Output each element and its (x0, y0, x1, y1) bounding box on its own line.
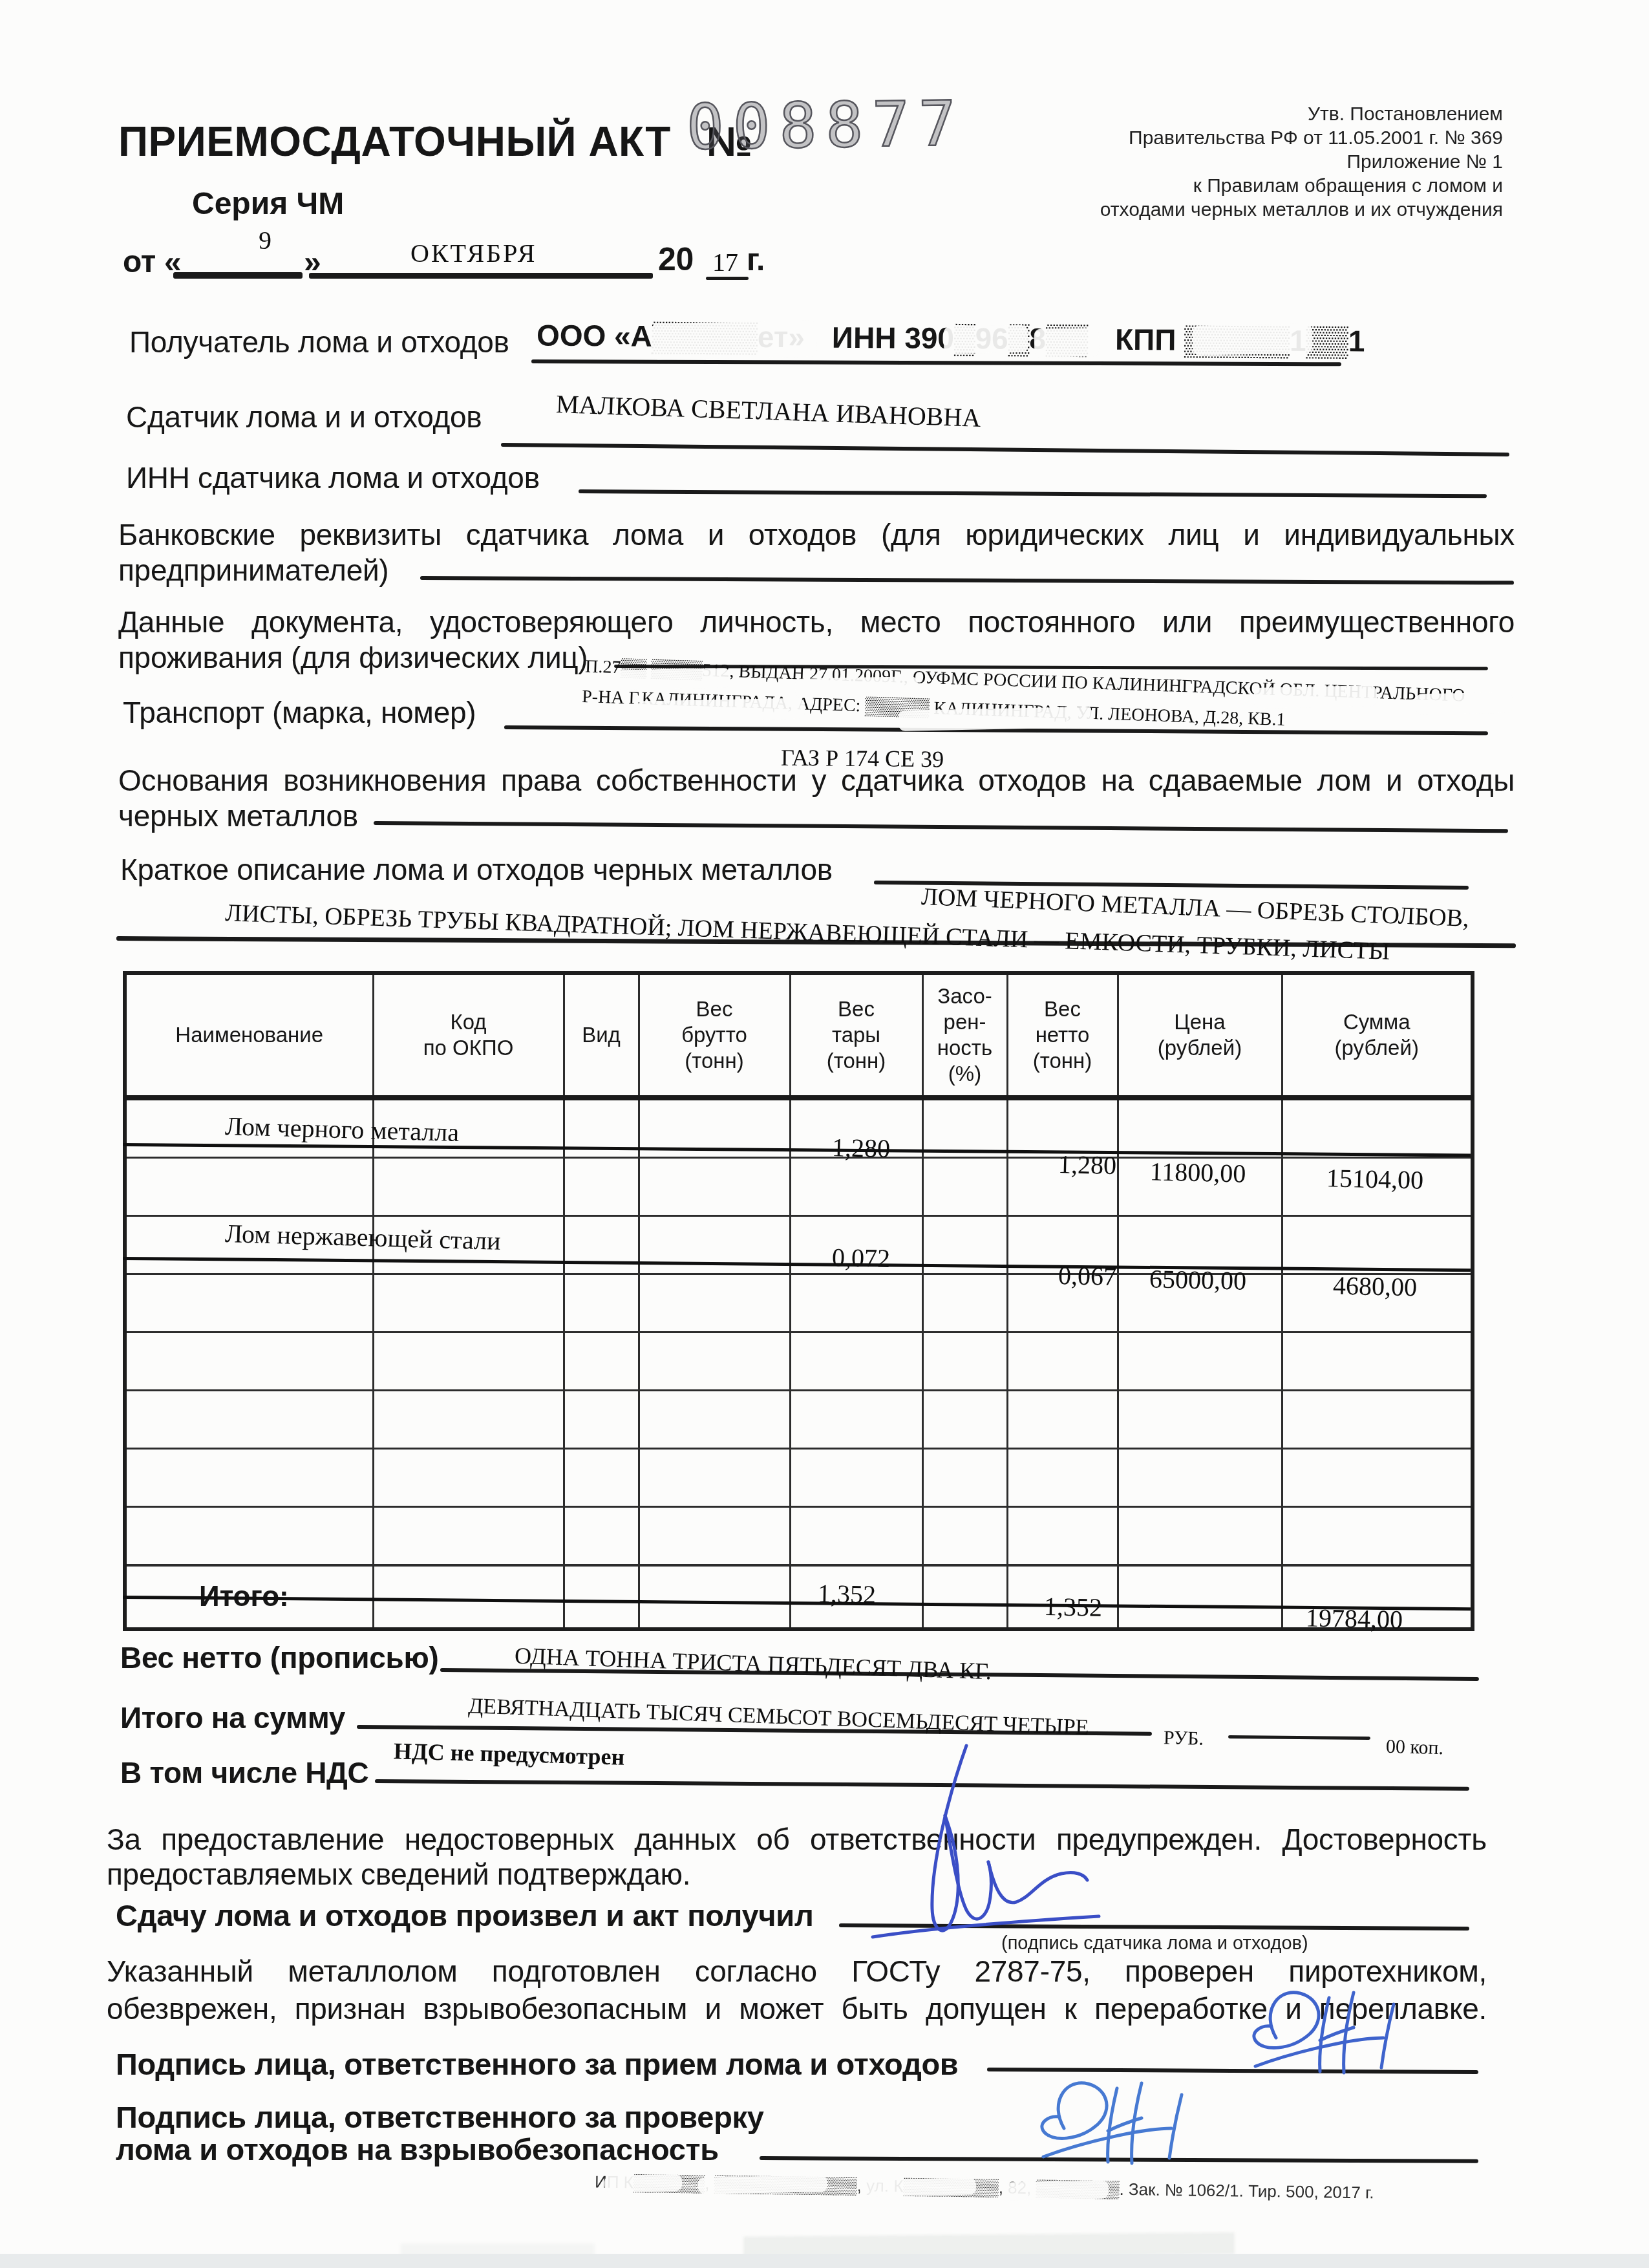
redaction-whiteout (698, 2175, 827, 2194)
redaction-whiteout (795, 676, 919, 698)
table-empty-cell (922, 1158, 1007, 1216)
table-empty-cell (639, 1391, 790, 1449)
col-header-net: Вес нетто (тонн) (1007, 973, 1118, 1098)
table-empty-cell (125, 1274, 373, 1332)
date-year-printed: 20 (658, 241, 694, 278)
fill-line (173, 272, 303, 279)
table-empty-cell (1118, 1507, 1282, 1566)
kopeks-value: 00 коп. (1386, 1736, 1444, 1759)
fill-line (579, 489, 1487, 498)
redaction-whiteout (614, 668, 731, 689)
table-header-row: Наименование Код по ОКПО Вид Вес брутто … (125, 973, 1473, 1098)
col-header-kind: Вид (564, 973, 639, 1098)
table-empty-cell (1282, 1391, 1473, 1449)
table-empty-cell (639, 1332, 790, 1391)
table-empty-cell (125, 1158, 373, 1216)
table-empty-cell (790, 1332, 922, 1391)
redaction-whiteout (1254, 685, 1378, 709)
total-sum-words-label: Итого на сумму (120, 1700, 345, 1735)
table-empty-cell (373, 1507, 564, 1566)
table-empty-cell (922, 1391, 1007, 1449)
date-prefix: от « (123, 244, 181, 280)
fill-line (309, 273, 653, 279)
supplier-label: Сдатчик лома и и отходов (126, 400, 482, 434)
series-label: Серия ЧМ (192, 186, 344, 222)
table-empty-cell (564, 1274, 639, 1332)
receiver-label: Получатель лома и отходов (129, 325, 509, 359)
vat-label: В том числе НДС (120, 1755, 368, 1790)
table-empty-cell (564, 1449, 639, 1507)
transport-value: ГАЗ Р 174 СЕ 39 (781, 744, 944, 773)
table-empty-cell (564, 1332, 639, 1391)
fill-line (1228, 1735, 1370, 1740)
transport-label: Транспорт (марка, номер) (123, 695, 476, 730)
total-tare-value: 1,352 (802, 1578, 893, 1610)
col-header-sum: Сумма (рублей) (1282, 973, 1473, 1098)
fill-line (501, 443, 1509, 456)
table-empty-cell (639, 1507, 790, 1566)
redaction-whiteout (944, 325, 1028, 354)
handover-label: Сдачу лома и отходов произвел и акт полу… (116, 1898, 813, 1933)
scan-edge-strip (0, 2254, 1649, 2268)
supplier-name-value: МАЛКОВА СВЕТЛАНА ИВАНОВНА (555, 389, 981, 433)
fill-line (374, 821, 1508, 833)
date-year-suffix: г. (747, 242, 765, 278)
table-empty-cell (564, 1158, 639, 1216)
identity-line2: проживания (для физических лиц) (118, 640, 588, 675)
table-empty-cell (564, 1391, 639, 1449)
table-empty-cell (639, 1274, 790, 1332)
table-empty-cell (922, 1098, 1007, 1158)
sign-check-label-line1: Подпись лица, ответственного за проверку (116, 2099, 764, 2135)
col-header-tare: Вес тары (тонн) (790, 973, 922, 1098)
checker-signature (988, 2066, 1201, 2202)
table-empty-cell (922, 1449, 1007, 1507)
table-empty-cell (1282, 1507, 1473, 1566)
col-header-contamination: Засо- рен- ность (%) (922, 973, 1007, 1098)
table-empty-cell (1282, 1449, 1473, 1507)
date-day-value: 9 (259, 225, 271, 255)
fill-line (420, 576, 1514, 584)
col-header-okpo: Код по ОКПО (373, 973, 564, 1098)
act-title: ПРИЕМОСДАТОЧНЫЙ АКТ № (118, 118, 753, 166)
net-weight-words-value: ОДНА ТОННА ТРИСТА ПЯТЬДЕСЯТ ДВА КГ. (515, 1642, 992, 1685)
table-empty-cell (1007, 1507, 1118, 1566)
row1-name-value: Лом черного металла (224, 1111, 459, 1148)
col-header-gross: Вес брутто (тонн) (639, 973, 790, 1098)
table-empty-cell (125, 1507, 373, 1566)
total-sum-words-value: ДЕВЯТНАДЦАТЬ ТЫСЯЧ СЕМЬСОТ ВОСЕМЬДЕСЯТ Ч… (468, 1694, 1089, 1740)
row2-price-value: 65000,00 (1129, 1263, 1266, 1296)
table-empty-cell (922, 1507, 1007, 1566)
table-empty-cell (1118, 1098, 1282, 1158)
ownership-line2: черных металлов (118, 798, 358, 833)
redaction-whiteout (899, 707, 1093, 731)
table-empty-cell (922, 1274, 1007, 1332)
table-empty-cell (922, 1332, 1007, 1391)
bank-details-line2: предпринимателей) (118, 553, 388, 588)
table-empty-cell (1007, 1391, 1118, 1449)
table-empty-cell (125, 1391, 373, 1449)
row2-sum-value: 4680,00 (1306, 1269, 1443, 1303)
table-empty-cell (125, 1332, 373, 1391)
redaction-whiteout (651, 321, 816, 360)
scanned-act-page: ПРИЕМОСДАТОЧНЫЙ АКТ № 008877 Утв. Постан… (0, 0, 1649, 2268)
date-month-value: ОКТЯБРЯ (410, 238, 537, 268)
identity-line1: Данные документа, удостоверяющего личнос… (118, 604, 1515, 639)
row1-tare-value: 1,280 (815, 1131, 906, 1164)
row2-net-value: 0,067 (1041, 1259, 1133, 1292)
table-empty-cell (1118, 1449, 1282, 1507)
row1-net-value: 1,280 (1041, 1148, 1133, 1181)
table-empty-cell (564, 1216, 639, 1274)
bank-details-line1: Банковские реквизиты сдатчика лома и отх… (118, 517, 1515, 552)
redaction-whiteout (1416, 692, 1513, 715)
table-empty-cell (1118, 1391, 1282, 1449)
row2-tare-value: 0,072 (815, 1241, 906, 1274)
table-empty-cell (790, 1449, 922, 1507)
table-empty-cell (373, 1391, 564, 1449)
supplier-inn-label: ИНН сдатчика лома и отходов (126, 460, 540, 495)
table-empty-row (125, 1158, 1473, 1216)
sign-check-label-line2: лома и отходов на взрывобезопасность (116, 2132, 719, 2167)
redaction-whiteout (1193, 323, 1313, 356)
col-header-name: Наименование (125, 973, 373, 1098)
col-header-price: Цена (рублей) (1118, 973, 1282, 1098)
sign-receive-label: Подпись лица, ответственного за прием ло… (116, 2046, 958, 2082)
total-net-value: 1,352 (1028, 1591, 1119, 1623)
supplier-signature (834, 1739, 1105, 1959)
fill-line (531, 359, 1341, 366)
redaction-whiteout (604, 2174, 682, 2192)
table-empty-cell (373, 1449, 564, 1507)
warning-line2: предоставляемых сведений подтверждаю. (107, 1857, 690, 1892)
row1-sum-value: 15104,00 (1306, 1162, 1443, 1195)
table-empty-cell (639, 1449, 790, 1507)
table-empty-cell (1282, 1098, 1473, 1158)
act-table: Наименование Код по ОКПО Вид Вес брутто … (123, 971, 1474, 1631)
description-label: Краткое описание лома и отходов черных м… (120, 852, 833, 887)
net-weight-words-label: Вес нетто (прописью) (120, 1640, 438, 1675)
table-empty-cell (373, 1158, 564, 1216)
currency-label: РУБ. (1164, 1727, 1204, 1750)
table-empty-row (125, 1507, 1473, 1566)
table-empty-cell (790, 1158, 922, 1216)
table-empty-cell (790, 1274, 922, 1332)
table-empty-cell (125, 1449, 373, 1507)
redaction-whiteout (860, 2177, 976, 2196)
table-empty-cell (564, 1507, 639, 1566)
warning-line1: За предоставление недостоверных данных о… (107, 1822, 1487, 1857)
date-year-typed: 17 (712, 247, 738, 277)
act-number-stamp: 008877 (686, 87, 965, 164)
table-empty-row (125, 1274, 1473, 1332)
table-empty-cell (1282, 1216, 1473, 1274)
table-empty-row (125, 1332, 1473, 1391)
total-sum-value: 19784,00 (1286, 1602, 1423, 1635)
vat-value: НДС не предусмотрен (394, 1737, 625, 1770)
table-empty-cell (1282, 1332, 1473, 1391)
approval-note: Утв. Постановлением Правительства РФ от … (1005, 102, 1503, 222)
redaction-whiteout (637, 698, 805, 722)
table-empty-row (125, 1391, 1473, 1449)
receiver-signature (1200, 1976, 1413, 2112)
table-empty-cell (790, 1507, 922, 1566)
table-empty-cell (639, 1158, 790, 1216)
table-empty-cell (373, 1274, 564, 1332)
redaction-whiteout (1034, 328, 1100, 358)
table-empty-cell (1007, 1449, 1118, 1507)
table-empty-cell (1118, 1332, 1282, 1391)
row1-price-value: 11800,00 (1129, 1155, 1266, 1189)
table-empty-row (125, 1449, 1473, 1507)
table-empty-cell (1007, 1332, 1118, 1391)
table-empty-cell (373, 1332, 564, 1391)
table-empty-cell (790, 1391, 922, 1449)
